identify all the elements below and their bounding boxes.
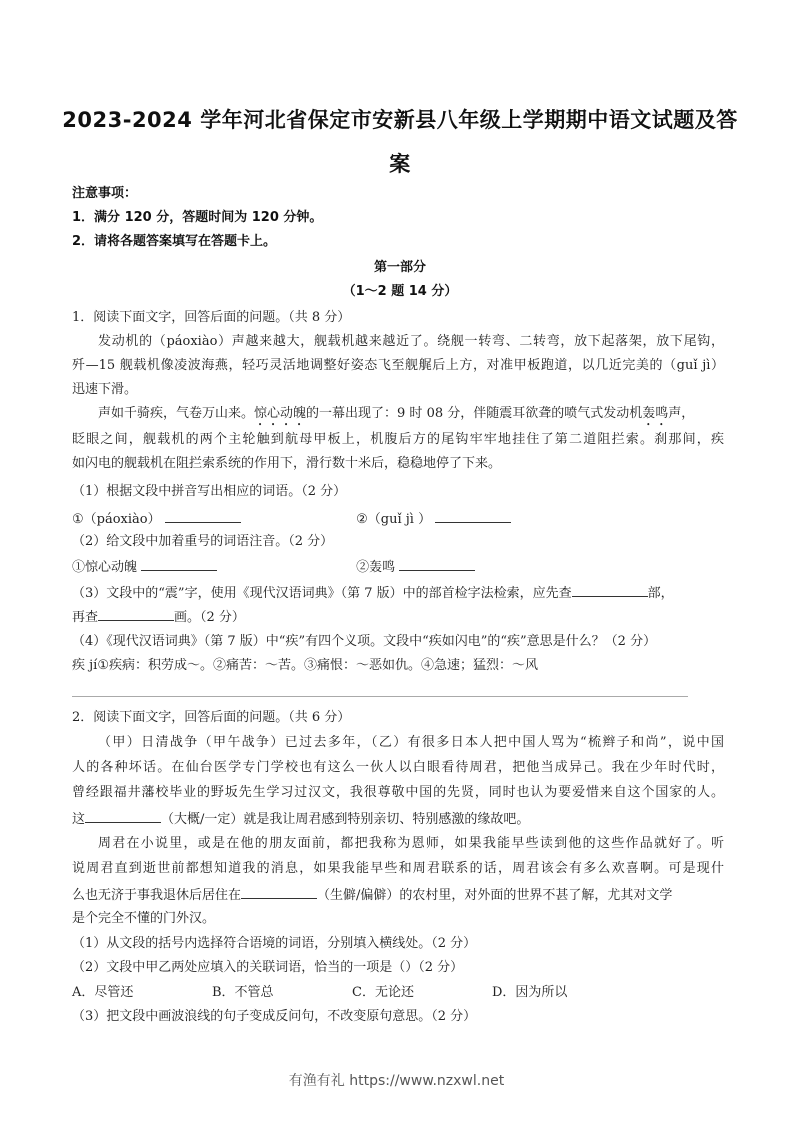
document-title-line-2: 案 bbox=[60, 148, 740, 178]
text: 这 bbox=[72, 812, 85, 827]
option-b[interactable]: B．不管总 bbox=[212, 985, 352, 1001]
answer-blank-radical[interactable] bbox=[572, 584, 648, 597]
q1-sub2-a-label: ①惊心动魄 bbox=[72, 560, 137, 575]
q2-para2-line4: 是个完全不懂的门外汉。 bbox=[72, 911, 724, 927]
footer-watermark: 有渔有礼 https://www.nzxwl.net bbox=[0, 1070, 793, 1090]
q2-sub1: （1）从文段的括号内选择符合语境的词语，分别填入横线处。（2 分） bbox=[72, 936, 724, 952]
q1-para1-line3: 迅速下滑。 bbox=[72, 382, 724, 398]
q1-para2-line3: 如闪电的舰载机在阻拦索系统的作用下，滑行数十米后，稳稳地停了下来。 bbox=[72, 456, 724, 472]
answer-blank-jingxindongpo[interactable] bbox=[141, 558, 217, 571]
exam-page: 2023-2024 学年河北省保定市安新县八年级上学期期中语文试题及答 案 注意… bbox=[0, 0, 793, 1122]
q2-para2-line2: 说周君直到逝世前都想知道我的消息，如果我能早些和周君联系的话，周君该会有多么欢喜… bbox=[72, 861, 724, 877]
answer-blank-guiji[interactable] bbox=[435, 510, 511, 523]
notice-item-2: 2．请将各题答案填写在答题卡上。 bbox=[72, 234, 724, 250]
q2-para1-line3: 曾经跟福井藩校毕业的野坂先生学习过汉文，我很尊敬中国的先贤，同时也认为要爱惜来自… bbox=[72, 785, 724, 801]
answer-blank-strokes[interactable] bbox=[98, 608, 174, 621]
text: 声， bbox=[668, 406, 694, 421]
notice-heading: 注意事项： bbox=[72, 186, 724, 202]
q2-sub2: （2）文段中甲乙两处应填入的关联词语，恰当的一项是（）（2 分） bbox=[72, 960, 724, 976]
q2-para1-line1: （甲）日清战争（甲午战争）已过去多年，（乙）有很多日本人把中国人骂为“梳辫子和尚… bbox=[72, 735, 724, 751]
q1-para2-line1: 声如千骑疾，气卷万山来。惊心动魄的一幕出现了：9 时 08 分，伴随震耳欲聋的喷… bbox=[72, 406, 724, 429]
answer-blank-dagai-yiding[interactable] bbox=[85, 810, 161, 823]
document-title-line-1: 2023-2024 学年河北省保定市安新县八年级上学期期中语文试题及答 bbox=[60, 104, 740, 134]
q1-sub3-line1: （3）文段中的“震”字，使用《现代汉语词典》（第 7 版）中的部首检字法检索，应… bbox=[72, 584, 724, 602]
answer-blank-hongming[interactable] bbox=[399, 558, 475, 571]
q2-para2-line3: 么也无济于事我退休后居住在（生僻/偏僻）的农村里，对外面的世界不甚了解，尤其对文… bbox=[72, 886, 724, 904]
notice-item-1: 1．满分 120 分，答题时间为 120 分钟。 bbox=[72, 210, 724, 226]
q1-sub4-stem: （4）《现代汉语词典》（第 7 版）中“疾”有四个义项。文段中“疾如闪电”的“疾… bbox=[72, 634, 724, 650]
q1-para2-line2: 眨眼之间，舰载机的两个主轮触到航母甲板上，机腹后方的尾钩牢牢地挂住了第二道阻拦索… bbox=[72, 432, 724, 448]
option-d[interactable]: D．因为所以 bbox=[492, 985, 632, 1001]
q1-sub1-b-label: ②（guǐ jì ） bbox=[356, 512, 431, 527]
option-c[interactable]: C．无论还 bbox=[352, 985, 492, 1001]
answer-blank-shengpi-pianpi[interactable] bbox=[241, 886, 317, 899]
text: 再查 bbox=[72, 610, 98, 625]
q1-sub1-answers: ①（páoxiào） ②（guǐ jì ） bbox=[72, 510, 724, 528]
text: 的一幕出现了：9 时 08 分，伴随震耳欲聋的喷气式发动机 bbox=[306, 406, 642, 421]
text: 么也无济于事我退休后居住在 bbox=[72, 888, 241, 903]
emphasized-word-jingxindongpo: 惊心动魄 bbox=[254, 406, 306, 421]
q1-sub1-stem: （1）根据文段中拼音写出相应的词语。（2 分） bbox=[72, 484, 724, 500]
q1-sub2-stem: （2）给文段中加着重号的词语注音。（2 分） bbox=[72, 534, 724, 550]
option-a[interactable]: A．尽管还 bbox=[72, 985, 212, 1001]
section-subtitle: （1～2 题 14 分） bbox=[60, 284, 740, 300]
divider bbox=[72, 696, 688, 697]
q2-options: A．尽管还B．不管总C．无论还D．因为所以 bbox=[72, 985, 724, 1001]
q2-stem: 2．阅读下面文字，回答后面的问题。（共 6 分） bbox=[72, 710, 724, 726]
q1-sub1-a-label: ①（páoxiào） bbox=[72, 512, 161, 527]
q1-sub4-definitions: 疾 jí①疾病：积劳成～。②痛苦：～苦。③痛恨：～恶如仇。④急速；猛烈：～风 bbox=[72, 658, 724, 674]
text: （生僻/偏僻）的农村里，对外面的世界不甚了解，尤其对文学 bbox=[317, 888, 672, 903]
q2-para2-line1: 周君在小说里，或是在他的朋友面前，都把我称为恩师，如果我能早些读到他的这些作品就… bbox=[72, 836, 724, 852]
q2-sub3: （3）把文段中画波浪线的句子变成反问句，不改变原句意思。（2 分） bbox=[72, 1009, 724, 1025]
emphasized-word-hongming: 轰鸣 bbox=[642, 406, 668, 421]
text: 部， bbox=[648, 586, 674, 601]
q1-para1-line2: 歼—15 舰载机像凌波海燕，轻巧灵活地调整好姿态飞至舰艉后上方，对准甲板跑道，以… bbox=[72, 358, 724, 374]
text: 声如千骑疾，气卷万山来。 bbox=[98, 406, 254, 421]
text: （大概/一定）就是我让周君感到特别亲切、特别感激的缘故吧。 bbox=[161, 812, 529, 827]
answer-blank-paoxiao[interactable] bbox=[165, 510, 241, 523]
q1-sub2-answers: ①惊心动魄 ②轰鸣 bbox=[72, 558, 724, 576]
text: 画。（2 分） bbox=[174, 610, 245, 625]
q2-para1-line2: 人的各种坏话。在仙台医学专门学校也有这么一伙人以白眼看待周君，把他当成异己。我在… bbox=[72, 760, 724, 776]
q1-sub2-b-label: ②轰鸣 bbox=[356, 560, 395, 575]
text: （3）文段中的“震”字，使用《现代汉语词典》（第 7 版）中的部首检字法检索，应… bbox=[72, 586, 572, 601]
q1-sub3-line2: 再查画。（2 分） bbox=[72, 608, 724, 626]
q2-para1-line4: 这（大概/一定）就是我让周君感到特别亲切、特别感激的缘故吧。 bbox=[72, 810, 724, 828]
q1-para1-line1: 发动机的（páoxiào）声越来越大，舰载机越来越近了。绕舰一转弯、二转弯，放下… bbox=[72, 334, 724, 350]
section-title: 第一部分 bbox=[60, 260, 740, 276]
q1-stem: 1．阅读下面文字，回答后面的问题。（共 8 分） bbox=[72, 310, 724, 326]
